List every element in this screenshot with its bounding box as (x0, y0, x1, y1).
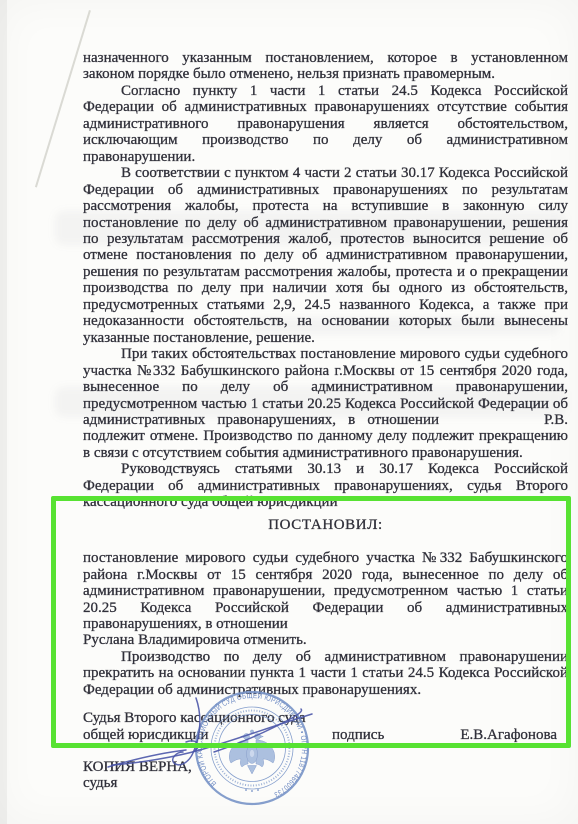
document-body: назначенного указанным постановлением, к… (83, 50, 568, 792)
paragraph-circumstances: При таких обстоятельствах постановление … (83, 346, 568, 461)
paragraph-article-24-5: Согласно пункту 1 части 1 статьи 24.5 Ко… (83, 83, 568, 165)
judge-name: Е.В.Агафонова (460, 727, 557, 743)
signature-placeholder-label: подпись (332, 727, 384, 743)
resolution-heading: ПОСТАНОВИЛ: (83, 517, 568, 533)
handwritten-signature (95, 692, 335, 782)
paragraph-text: подлежит отмене. Производство по данному… (83, 428, 568, 460)
resolution-paragraph-2: Производство по делу об административном… (83, 649, 568, 698)
redacted-name-gap (439, 423, 544, 424)
paragraph-guided-by: Руководствуясь статьями 30.13 и 30.17 Ко… (83, 461, 568, 510)
scan-edge-shade (0, 0, 7, 824)
person-name-line: Руслана Владимировича отменить. (83, 632, 307, 648)
document-scan: назначенного указанным постановлением, к… (0, 0, 578, 824)
person-initials: Р.В. (544, 412, 568, 428)
paragraph-article-30-17: В соответствии с пунктом 4 части 2 стать… (83, 165, 568, 346)
paragraph-intro: назначенного указанным постановлением, к… (83, 50, 568, 83)
resolution-text: постановление мирового судьи судебного у… (83, 550, 568, 632)
resolution-paragraph-1: постановление мирового судьи судебного у… (83, 550, 568, 649)
stamp-bottom-marks (245, 789, 259, 792)
paragraph-text: При таких обстоятельствах постановление … (83, 346, 568, 428)
